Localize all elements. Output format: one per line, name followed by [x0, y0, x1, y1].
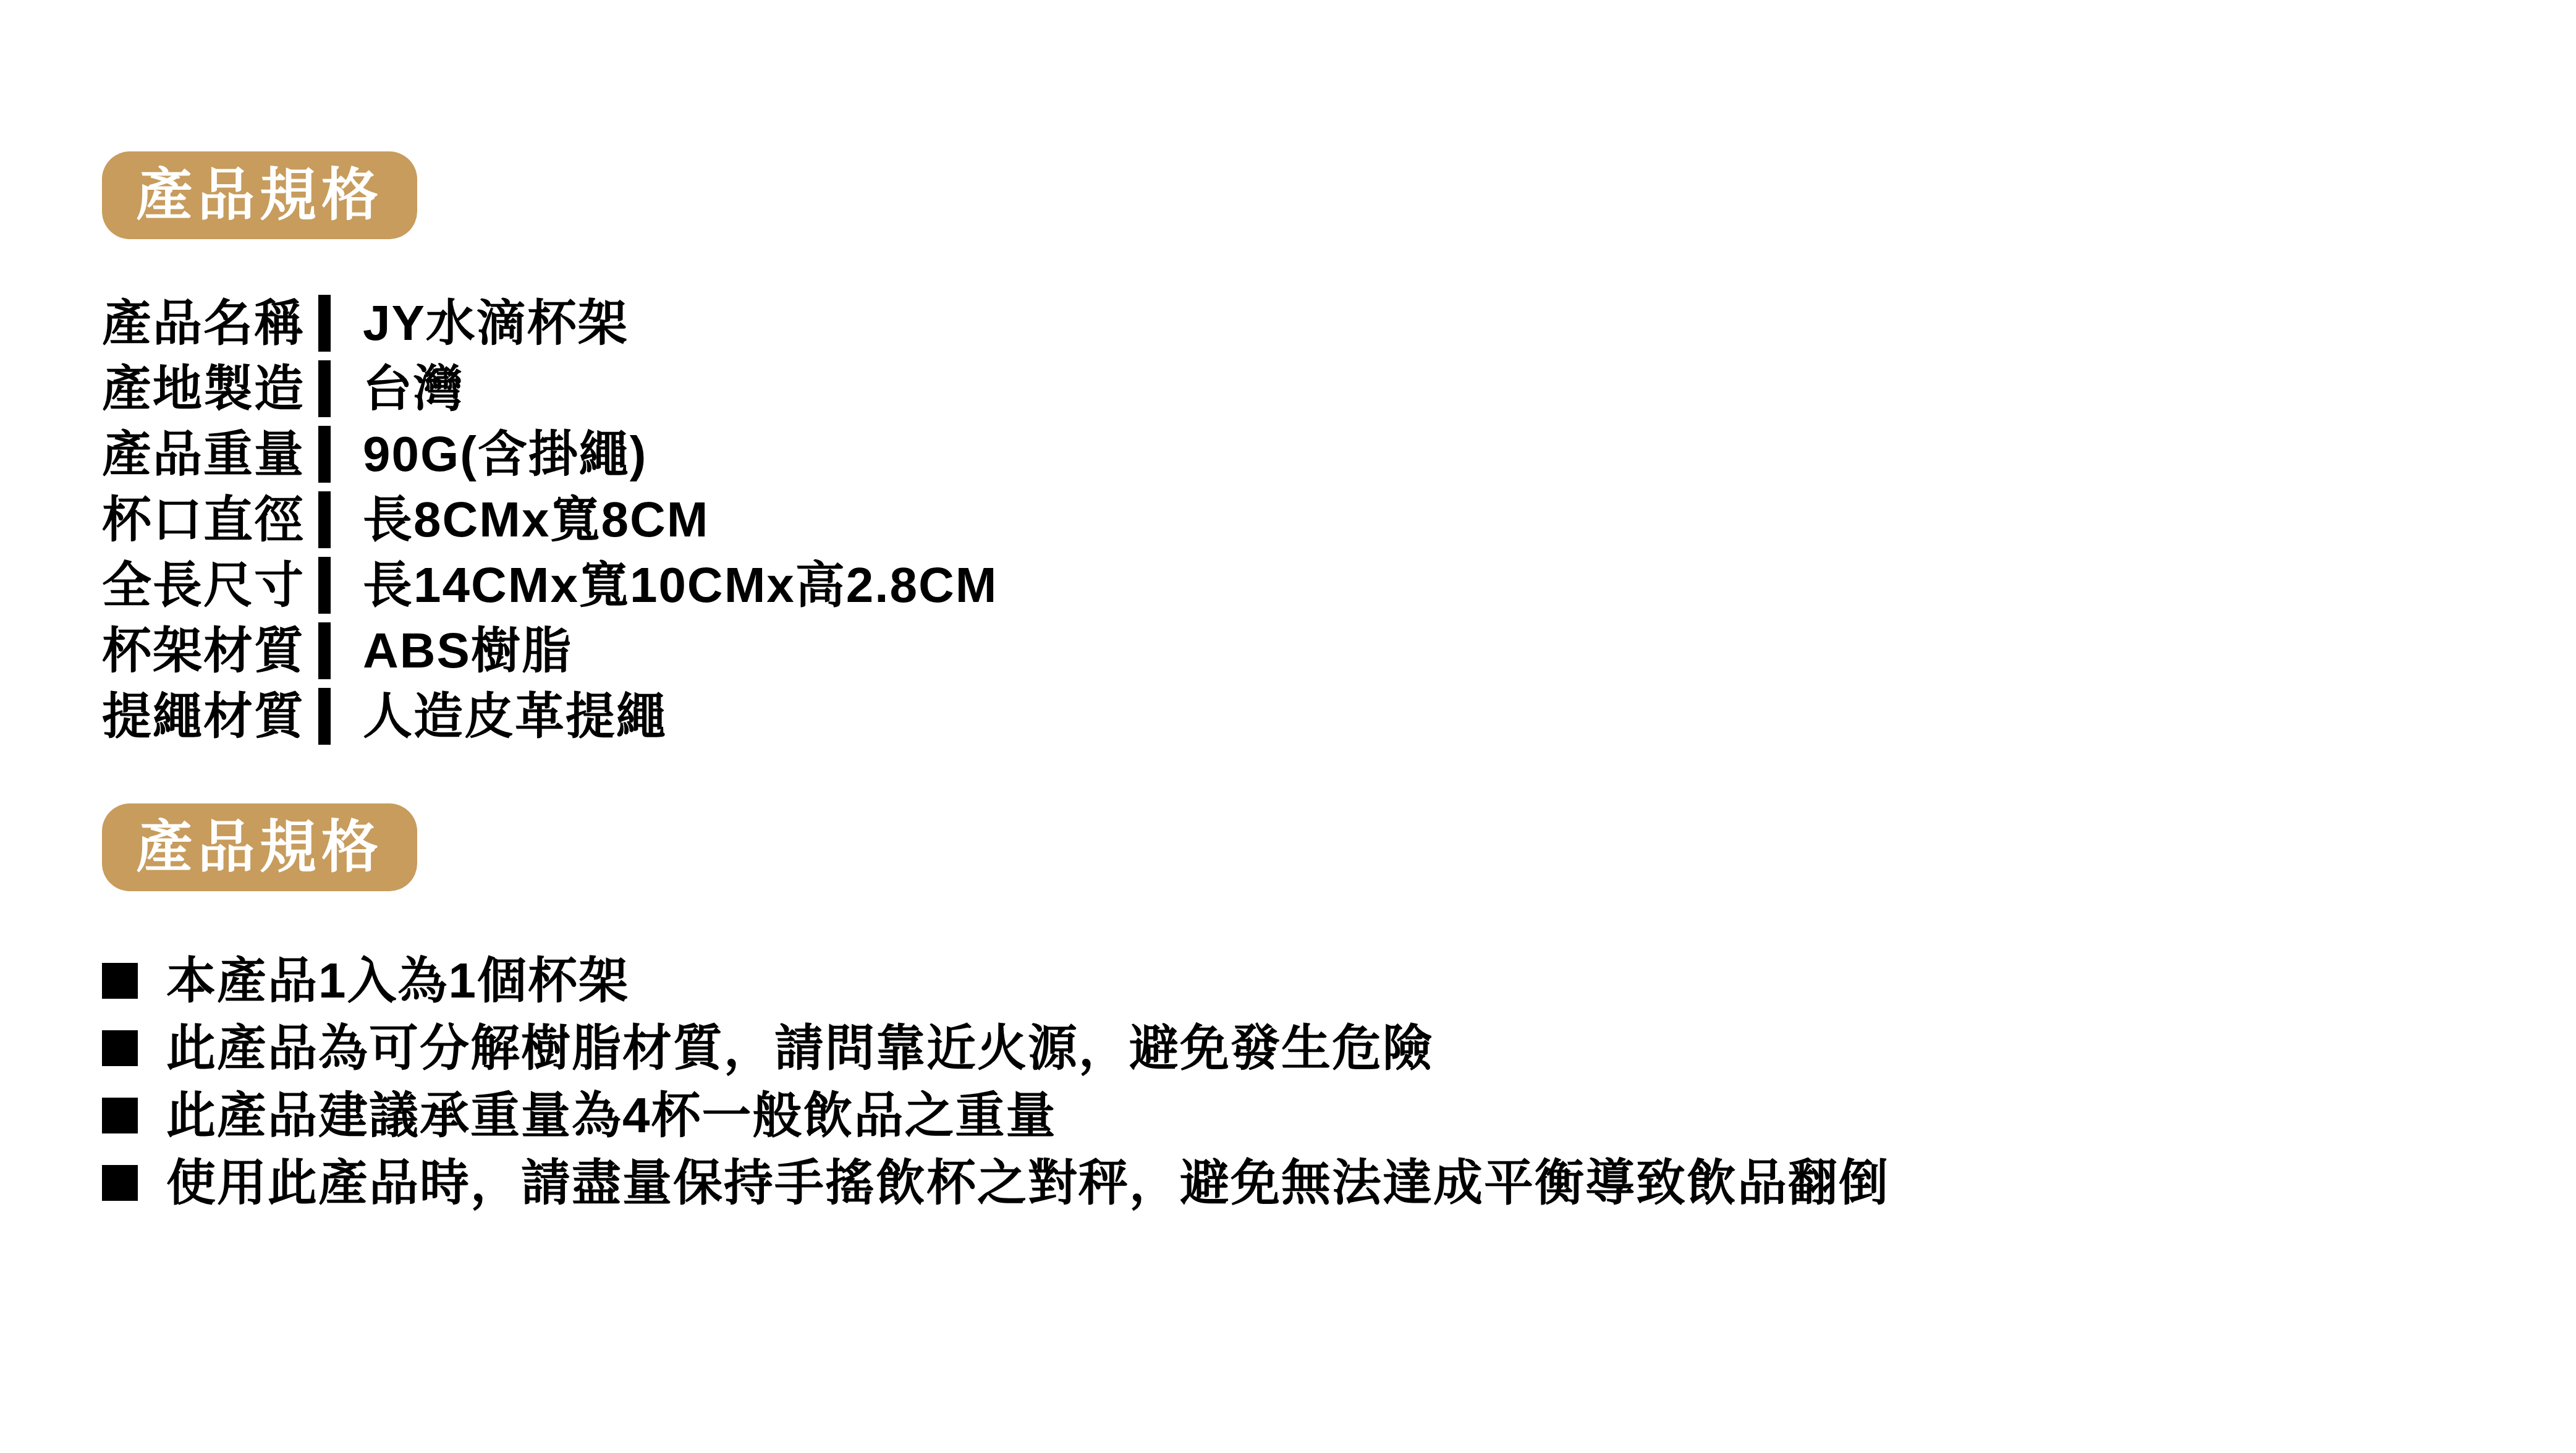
spec-label: 杯架材質: [102, 626, 318, 676]
vertical-bar-icon: [318, 295, 331, 352]
spec-row-overall-size: 全長尺寸 長14CMx寬10CMx高2.8CM: [102, 553, 2514, 618]
bullet-square-icon: [102, 963, 138, 999]
spec-list: 產品名稱 JY水滴杯架 產地製造 台灣 產品重量 90G(含掛繩) 杯口直徑 長…: [102, 290, 2514, 749]
spec-label: 產品重量: [102, 430, 318, 479]
spec-value: 長8CMx寬8CM: [363, 495, 709, 544]
vertical-bar-icon: [318, 491, 331, 548]
spec-label: 產品名稱: [102, 299, 318, 348]
note-item: 本產品1入為1個杯架: [102, 947, 2514, 1014]
section-title-badge-notes: 產品規格: [102, 803, 417, 891]
spec-value: JY水滴杯架: [363, 299, 629, 348]
section-title-badge-specs: 產品規格: [102, 151, 417, 239]
bullet-square-icon: [102, 1165, 138, 1201]
spec-label: 產地製造: [102, 364, 318, 413]
note-list: 本產品1入為1個杯架 此產品為可分解樹脂材質，請問靠近火源，避免發生危險 此產品…: [102, 947, 2514, 1216]
note-text: 此產品為可分解樹脂材質，請問靠近火源，避免發生危險: [166, 1023, 1433, 1073]
vertical-bar-icon: [318, 426, 331, 483]
vertical-bar-icon: [318, 688, 331, 745]
section-title-text: 產品規格: [136, 819, 383, 876]
note-item: 此產品為可分解樹脂材質，請問靠近火源，避免發生危險: [102, 1014, 2514, 1082]
spec-row-origin: 產地製造 台灣: [102, 356, 2514, 421]
section-title-text: 產品規格: [136, 167, 383, 224]
product-spec-page: 產品規格 產品名稱 JY水滴杯架 產地製造 台灣 產品重量 90G(含掛繩) 杯…: [0, 0, 2576, 1453]
spec-label: 全長尺寸: [102, 561, 318, 610]
spec-row-cup-diameter: 杯口直徑 長8CMx寬8CM: [102, 487, 2514, 553]
spec-value: 人造皮革提繩: [363, 692, 667, 741]
vertical-bar-icon: [318, 360, 331, 417]
vertical-bar-icon: [318, 622, 331, 679]
spec-label: 提繩材質: [102, 692, 318, 741]
spec-value: 長14CMx寬10CMx高2.8CM: [363, 561, 998, 610]
spec-row-weight: 產品重量 90G(含掛繩): [102, 421, 2514, 487]
spec-row-holder-material: 杯架材質 ABS樹脂: [102, 618, 2514, 684]
note-text: 使用此產品時，請盡量保持手搖飲杯之對秤，避免無法達成平衡導致飲品翻倒: [166, 1158, 1889, 1208]
vertical-bar-icon: [318, 557, 331, 614]
bullet-square-icon: [102, 1030, 138, 1066]
spec-value: 90G(含掛繩): [363, 430, 648, 479]
spec-row-product-name: 產品名稱 JY水滴杯架: [102, 290, 2514, 356]
bullet-square-icon: [102, 1098, 138, 1133]
note-item: 使用此產品時，請盡量保持手搖飲杯之對秤，避免無法達成平衡導致飲品翻倒: [102, 1149, 2514, 1216]
spec-value: 台灣: [363, 364, 464, 413]
note-text: 本產品1入為1個杯架: [166, 956, 629, 1006]
spec-label: 杯口直徑: [102, 495, 318, 544]
note-item: 此產品建議承重量為4杯一般飲品之重量: [102, 1082, 2514, 1149]
spec-row-strap-material: 提繩材質 人造皮革提繩: [102, 684, 2514, 749]
note-text: 此產品建議承重量為4杯一般飲品之重量: [166, 1091, 1057, 1140]
spec-value: ABS樹脂: [363, 626, 572, 676]
